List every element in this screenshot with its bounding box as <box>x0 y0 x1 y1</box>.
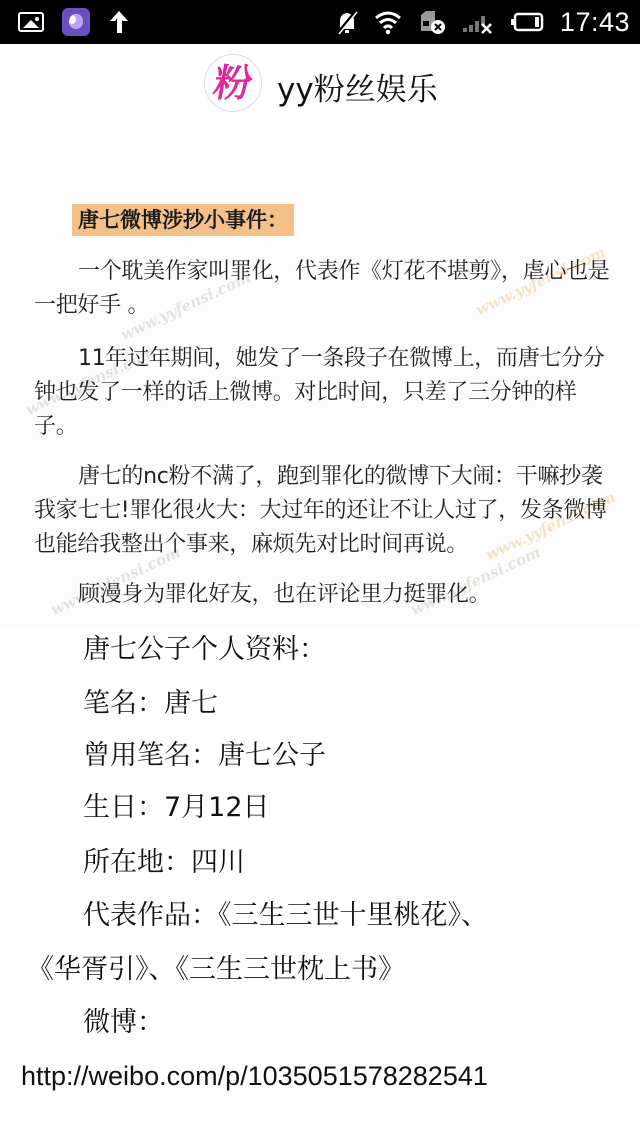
profile-former-pen-name: 曾用笔名：唐七公子 <box>83 736 326 776</box>
section-heading: 唐七微博涉抄小事件： <box>72 204 294 236</box>
paragraph: 唐七的nc粉不满了，跑到罪化的微博下大闹：干嘛抄袭我家七七!罪化很火大：大过年的… <box>34 460 610 562</box>
status-bar: 17:43 <box>0 0 640 44</box>
wifi-icon <box>374 9 402 35</box>
site-title: yy粉丝娱乐 <box>277 64 438 109</box>
status-bar-notifications <box>18 7 130 37</box>
battery-icon <box>510 9 544 35</box>
paragraph: 11年过年期间，她发了一条段子在微博上，而唐七分分钟也发了一样的话上微博。对比时… <box>34 342 610 444</box>
paragraph: 一个耽美作家叫罪化，代表作《灯花不堪剪》，虐心也是一把好手 。 <box>34 255 610 323</box>
profile-title: 唐七公子个人资料： <box>83 630 326 670</box>
profile-location: 所在地：四川 <box>83 843 245 883</box>
sim-error-icon <box>418 9 446 35</box>
profile-pen-name: 笔名：唐七 <box>83 684 218 724</box>
notifications-muted-icon <box>336 9 358 35</box>
image-icon <box>18 12 44 32</box>
logo-glyph: 粉 <box>211 64 256 102</box>
app-icon <box>62 8 90 36</box>
paragraph: 顾漫身为罪化好友，也在评论里力挺罪化。 <box>34 578 610 612</box>
status-bar-system: 17:43 <box>336 7 630 37</box>
signal-no-service-icon <box>462 9 494 35</box>
app-header: 粉 yy粉丝娱乐 <box>0 44 640 122</box>
profile-birthday: 生日：7月12日 <box>83 788 270 828</box>
site-logo[interactable]: 粉 <box>204 54 262 112</box>
profile-works: 代表作品：《三生三世十里桃花》、 <box>83 896 488 936</box>
profile-works-continued: 《华胥引》、《三生三世枕上书》 <box>27 950 405 990</box>
upload-arrow-icon <box>108 9 130 35</box>
weibo-link[interactable]: http://weibo.com/p/1035051578282541 <box>21 1056 488 1096</box>
article-image: www.yyfensi.com www.yyfensi.com www.yyfe… <box>0 122 640 627</box>
clock: 17:43 <box>560 7 630 38</box>
profile-weibo-label: 微博： <box>83 1003 164 1043</box>
